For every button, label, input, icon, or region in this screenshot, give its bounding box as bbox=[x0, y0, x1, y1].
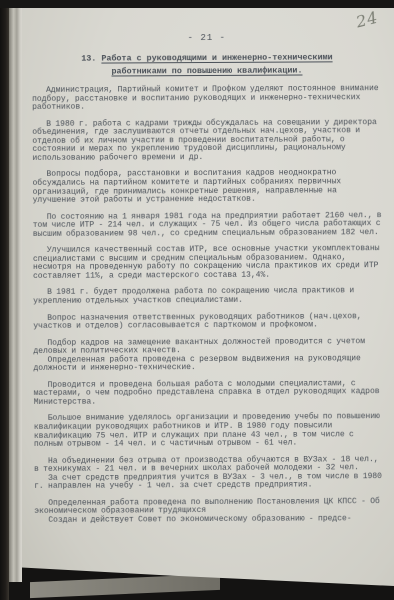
page-stack-edge bbox=[9, 6, 22, 582]
paragraph: Определенная работа проведена с резервом… bbox=[33, 355, 383, 374]
paragraph: Проводится и проведена большая работа с … bbox=[34, 380, 384, 407]
typed-page-number: - 21 - bbox=[32, 32, 382, 44]
scan-border-top bbox=[0, 0, 394, 8]
document-page: - 21 - 13. Работа с руководящими и инжен… bbox=[22, 8, 394, 586]
paragraph: В 1981 г. будет продолжена работа по сок… bbox=[33, 288, 383, 307]
document-body: Администрация, Партийный комитет и Профк… bbox=[32, 85, 384, 525]
page-content: - 21 - 13. Работа с руководящими и инжен… bbox=[32, 7, 385, 525]
paragraph: По состоянию на 1 января 1981 года на пр… bbox=[33, 212, 383, 239]
paragraph: За счет средств предприятия учится в ВУЗ… bbox=[34, 473, 384, 492]
paragraph: Вопрос назначения ответственных руководя… bbox=[33, 313, 383, 332]
section-title-line2: работниками по повышению квалификации. bbox=[111, 66, 302, 77]
paragraph: В 1980 г. работа с кадрами трижды обсужд… bbox=[32, 119, 382, 164]
section-heading: 13. Работа с руководящими и инженерно-те… bbox=[32, 51, 382, 79]
book-spine-edge bbox=[0, 0, 9, 600]
page-bottom-curl bbox=[30, 574, 220, 598]
paragraph: Вопросы подбора, расстановки и воспитани… bbox=[33, 169, 383, 205]
scanned-document: 24 - 21 - 13. Работа с руководящими и ин… bbox=[0, 0, 394, 600]
paragraph: Администрация, Партийный комитет и Профк… bbox=[32, 85, 382, 112]
paragraph: Большое внимание уделялось организации и… bbox=[34, 414, 384, 450]
section-number: 13. bbox=[81, 54, 96, 64]
paragraph: Улучшился качественный состав ИТР, все о… bbox=[33, 245, 383, 281]
paragraph: Создан и действует Совет по экономическо… bbox=[34, 515, 384, 525]
section-title-line1: Работа с руководящими и инженерно-технич… bbox=[101, 52, 332, 63]
